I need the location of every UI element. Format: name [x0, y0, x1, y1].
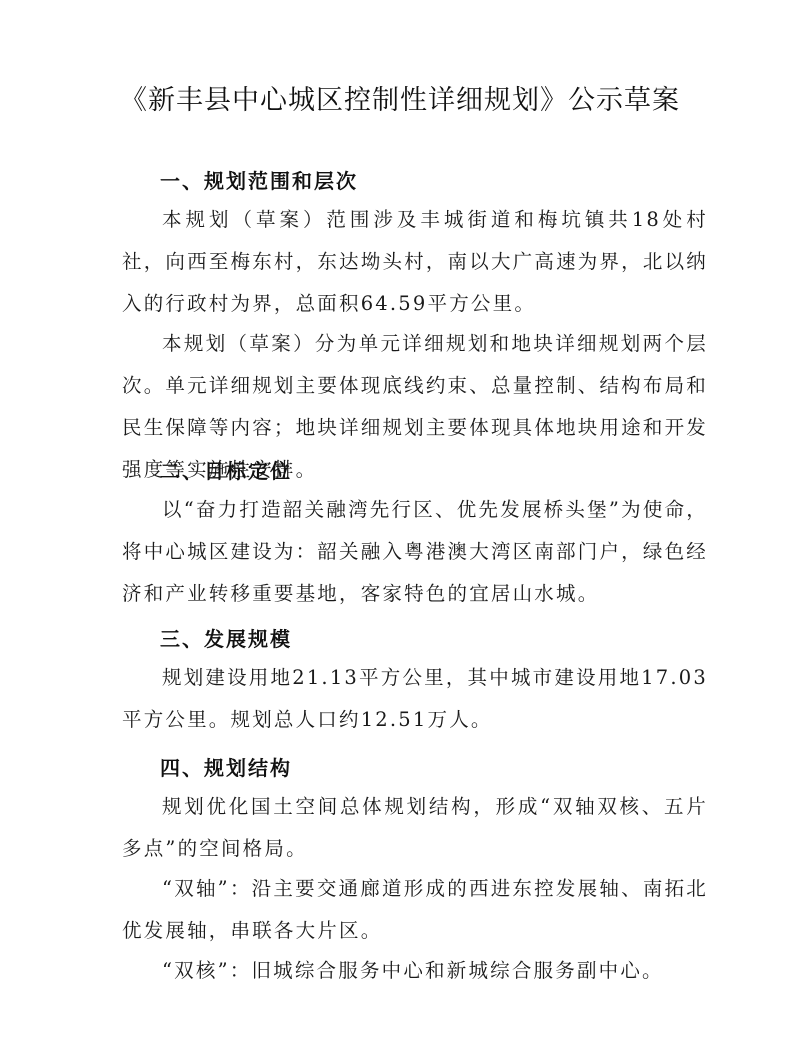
paragraph-structure-overview: 规划优化国土空间总体规划结构，形成“双轴双核、五片多点”的空间格局。: [122, 786, 708, 870]
paragraph-dual-core: “双核”：旧城综合服务中心和新城综合服务副中心。: [122, 950, 708, 992]
paragraph-scale: 规划建设用地21.13平方公里，其中城市建设用地17.03平方公里。规划总人口约…: [122, 657, 708, 741]
section-heading-scope: 一、规划范围和层次: [160, 165, 358, 194]
paragraph-positioning: 以“奋力打造韶关融湾先行区、优先发展桥头堡”为使命，将中心城区建设为：韶关融入粤…: [122, 489, 708, 615]
document-title: 《新丰县中心城区控制性详细规划》公示草案: [0, 78, 800, 117]
section-heading-positioning: 二、目标定位: [160, 455, 292, 484]
paragraph-dual-axis: “双轴”：沿主要交通廊道形成的西进东控发展轴、南拓北优发展轴，串联各大片区。: [122, 868, 708, 952]
paragraph-scope-area: 本规划（草案）范围涉及丰城街道和梅坑镇共18处村社，向西至梅东村，东达坳头村，南…: [122, 199, 708, 325]
section-heading-scale: 三、发展规模: [160, 623, 292, 652]
document-page: 《新丰县中心城区控制性详细规划》公示草案 一、规划范围和层次 本规划（草案）范围…: [0, 0, 800, 1063]
section-heading-structure: 四、规划结构: [160, 752, 292, 781]
